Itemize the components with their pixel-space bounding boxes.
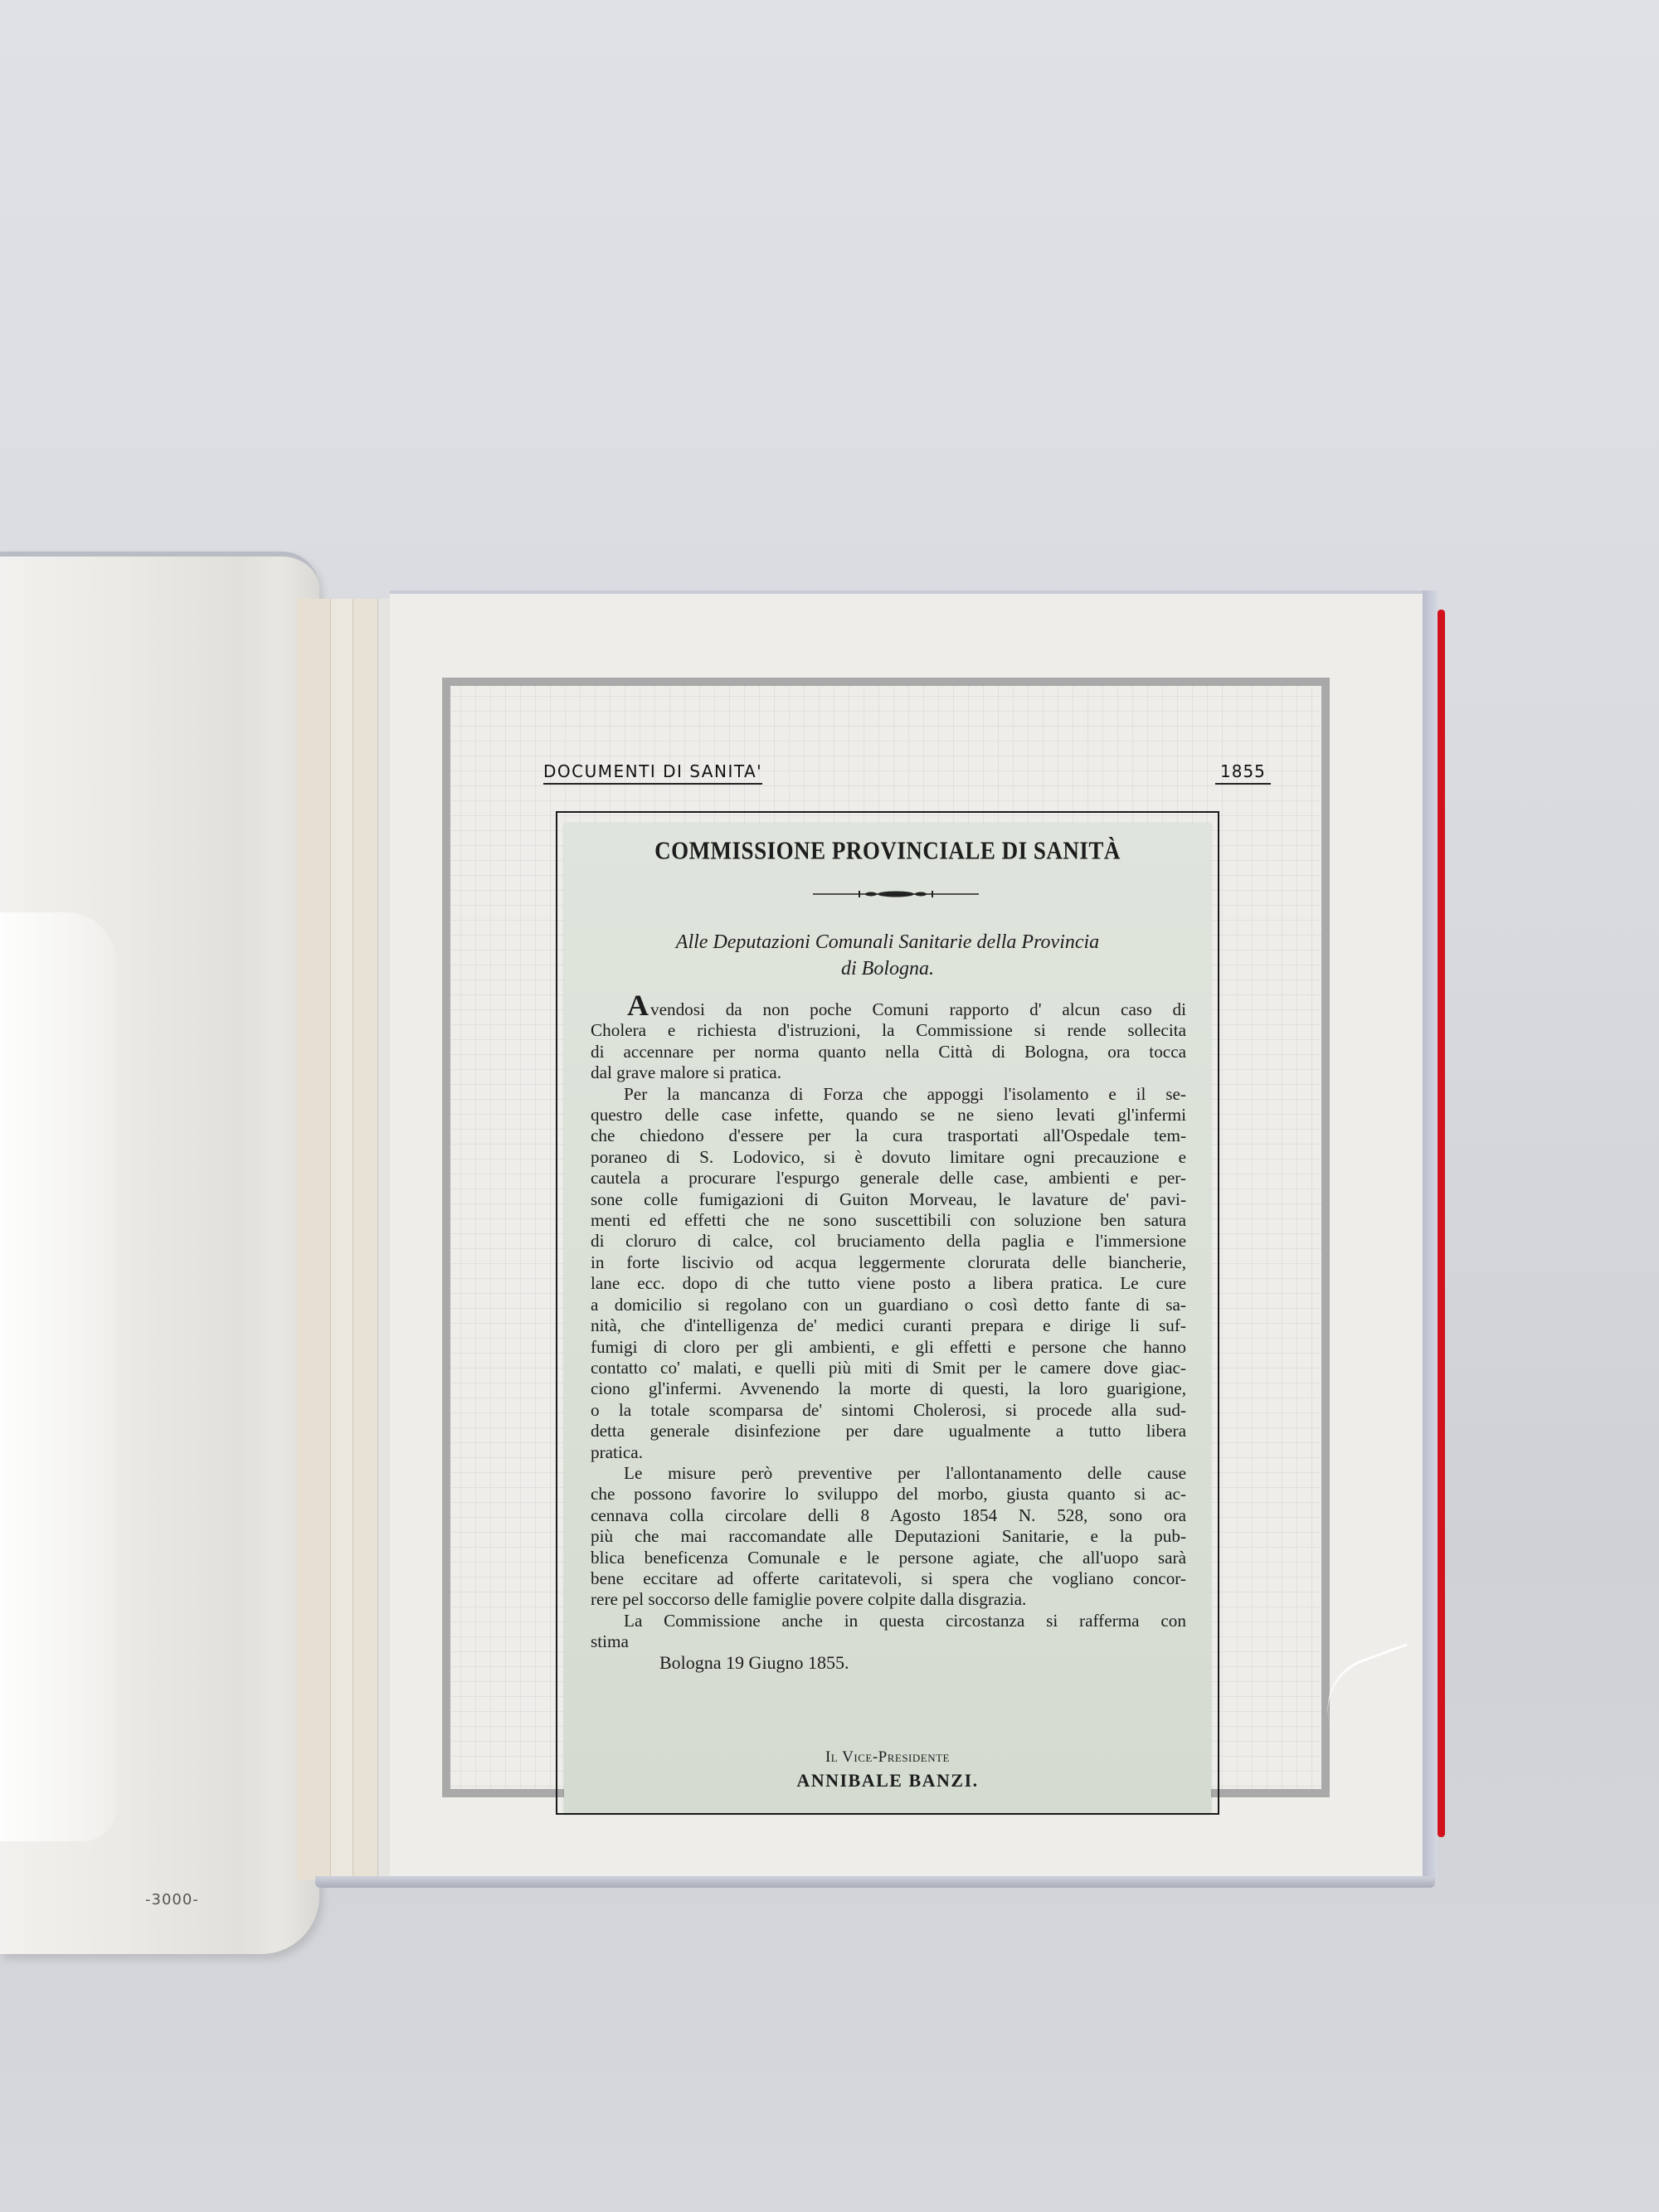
body-line: Cholera e richiesta d'istruzioni, la Com…: [591, 1020, 1186, 1041]
body-line: a domicilio si regolano con un guardiano…: [591, 1295, 1186, 1315]
page-title: DOCUMENTI DI SANITA': [543, 761, 762, 785]
document-title: COMMISSIONE PROVINCIALE DI SANITÀ: [564, 836, 1211, 866]
ornament-divider-icon: [813, 891, 979, 897]
body-line: lane ecc. dopo di che tutto viene posto …: [591, 1273, 1186, 1294]
body-line: che possono favorire lo sviluppo del mor…: [591, 1484, 1186, 1505]
body-line: rere pel soccorso delle famiglie povere …: [591, 1589, 1186, 1610]
body-line: detta generale disinfezione per dare ugu…: [591, 1421, 1186, 1441]
body-line: La Commissione anche in questa circostan…: [591, 1611, 1186, 1631]
body-line: blica beneficenza Comunale e le persone …: [591, 1548, 1186, 1568]
plastic-sleeve-bottom: [315, 1876, 1435, 1888]
historical-document: COMMISSIONE PROVINCIALE DI SANITÀ Alle D…: [564, 823, 1211, 1813]
body-line: Le misure però preventive per l'allontan…: [591, 1463, 1186, 1484]
body-line: contatto co' malati, e quelli più miti d…: [591, 1358, 1186, 1378]
body-line: in forte liscivio od acqua leggermente c…: [591, 1252, 1186, 1273]
binder-spine: [1438, 610, 1445, 1837]
body-line: Avendosi da non poche Comuni rapporto d'…: [591, 997, 1186, 1020]
body-line: cennava colla circolare delli 8 Agosto 1…: [591, 1505, 1186, 1526]
page-edge: [297, 599, 330, 1880]
body-line: nità, che d'intelligenza de' medici cura…: [591, 1315, 1186, 1336]
page-edge: [353, 599, 378, 1880]
body-line: di cloruro di calce, col bruciamento del…: [591, 1231, 1186, 1252]
document-address: Alle Deputazioni Comunali Sanitarie dell…: [564, 929, 1211, 982]
plastic-sleeve-edge: [1423, 591, 1438, 1880]
body-line: sone colle fumigazioni di Guiton Morveau…: [591, 1189, 1186, 1210]
address-line: di Bologna.: [564, 955, 1211, 982]
body-line: Per la mancanza di Forza che appoggi l'i…: [591, 1084, 1186, 1105]
address-line: Alle Deputazioni Comunali Sanitarie dell…: [564, 929, 1211, 955]
body-line: fumigi di cloro per gli ambienti, e gli …: [591, 1337, 1186, 1358]
document-body: Avendosi da non poche Comuni rapporto d'…: [591, 997, 1186, 1653]
body-line: menti ed effetti che ne sono suscettibil…: [591, 1210, 1186, 1231]
body-line: o la totale scomparsa de' sintomi Choler…: [591, 1400, 1186, 1421]
body-line: stima: [591, 1631, 1186, 1652]
body-line: che chiedono d'essere per la cura traspo…: [591, 1125, 1186, 1146]
page-year: 1855: [1215, 761, 1271, 785]
body-line: bene eccitare ad offerte caritatevoli, s…: [591, 1568, 1186, 1589]
body-line: questro delle case infette, quando se ne…: [591, 1105, 1186, 1125]
sleeve-glare: [0, 912, 116, 1841]
body-line: pratica.: [591, 1442, 1186, 1463]
body-line: ciono gl'infermi. Avvenendo la morte di …: [591, 1378, 1186, 1399]
signatory-name: ANNIBALE BANZI.: [564, 1770, 1211, 1791]
document-date: Bologna 19 Giugno 1855.: [659, 1652, 849, 1674]
body-line: di accennare per norma quanto nella Citt…: [591, 1042, 1186, 1062]
body-line: più che mai raccomandate alle Deputazion…: [591, 1526, 1186, 1547]
body-line: cautela a procurare l'espurgo generale d…: [591, 1168, 1186, 1189]
left-page-label: -3000-: [145, 1891, 199, 1908]
page-edge: [330, 599, 353, 1880]
drop-cap: A: [627, 989, 649, 1022]
signatory-role: Il Vice-Presidente: [564, 1748, 1211, 1767]
body-line: poraneo di S. Lodovico, si è dovuto limi…: [591, 1147, 1186, 1168]
body-line: dal grave malore si pratica.: [591, 1062, 1186, 1083]
